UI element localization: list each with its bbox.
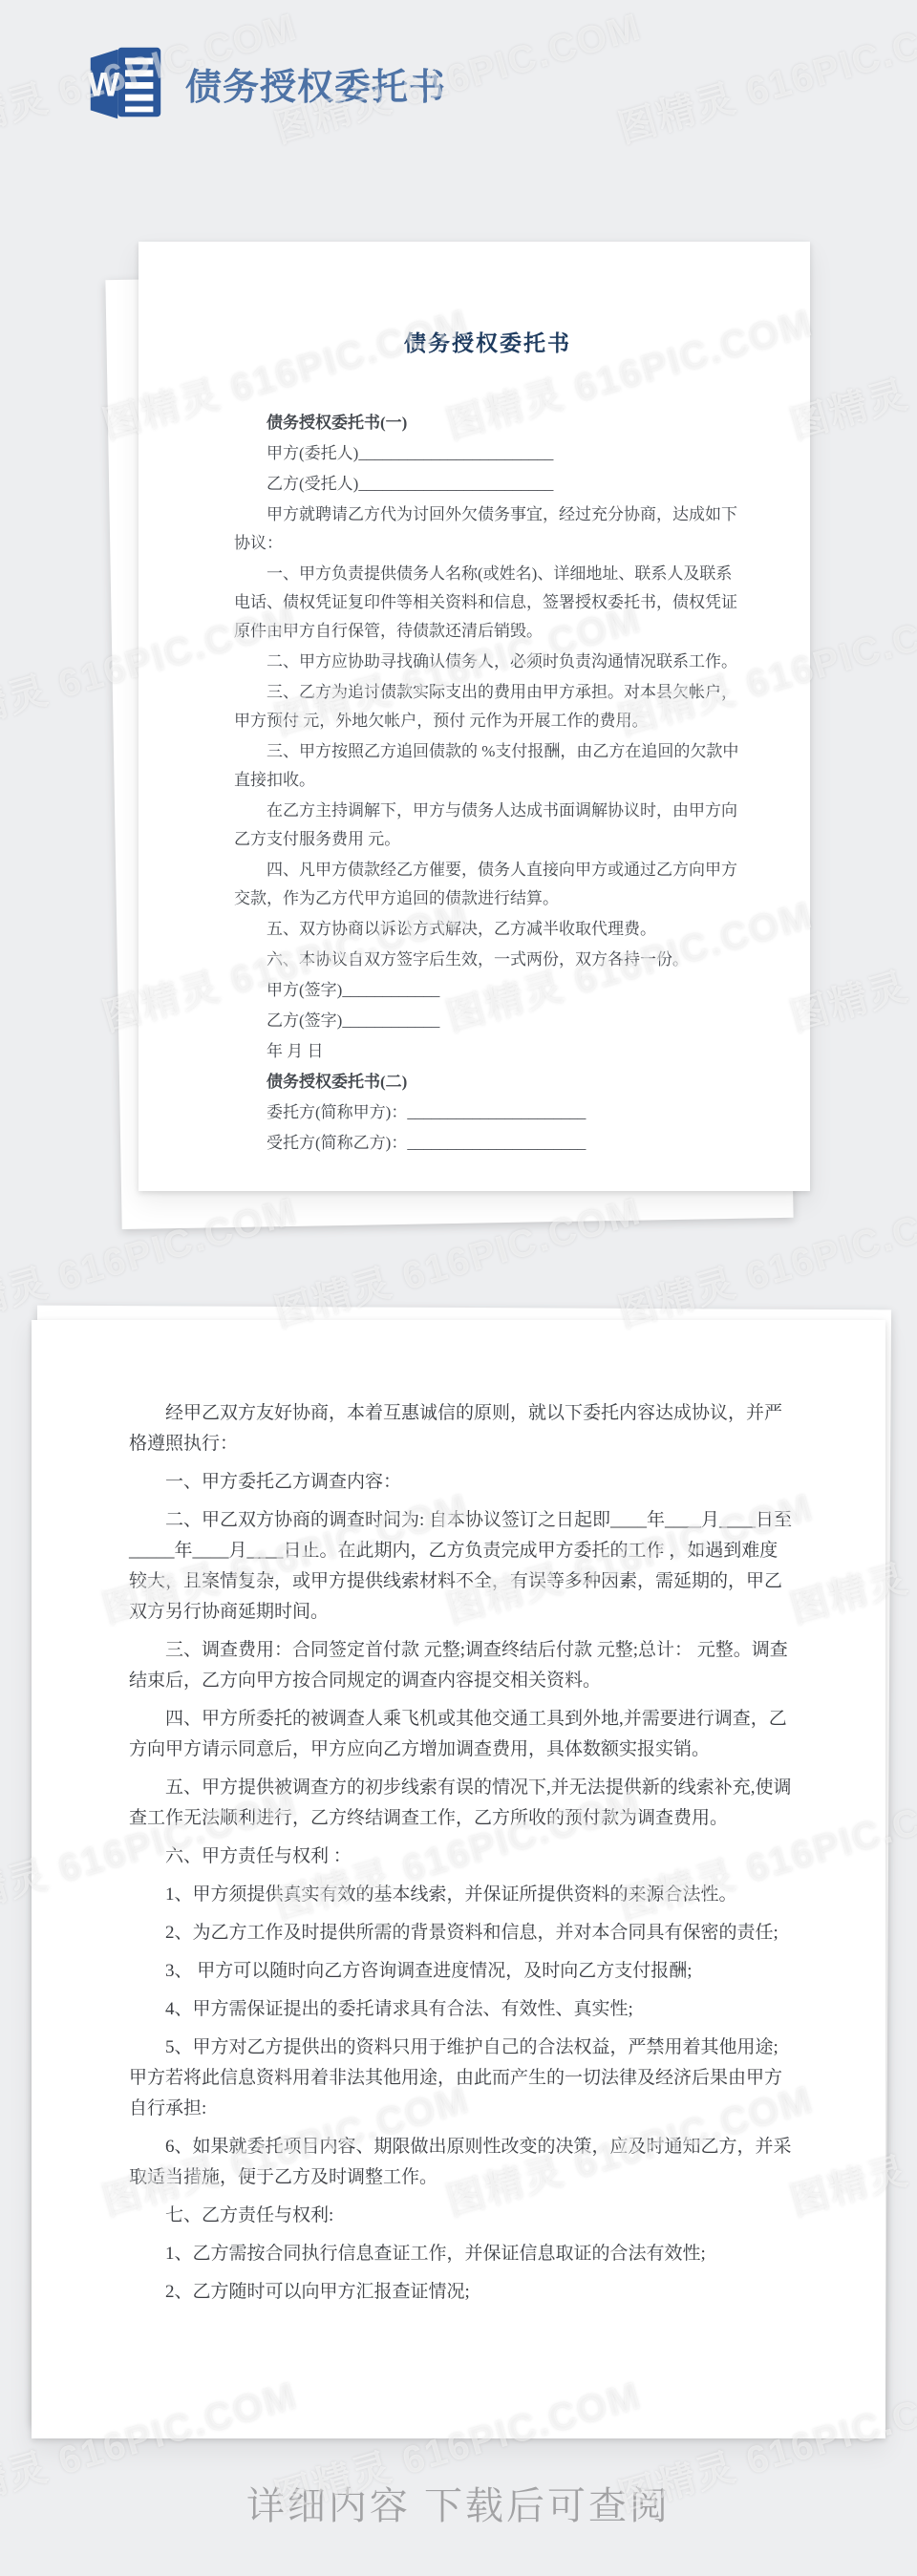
- doc-paragraph: 五、双方协商以诉讼方式解决，乙方减半收取代理费。: [234, 915, 741, 944]
- doc-paragraph: 六、甲方责任与权利 ：: [129, 1842, 794, 1872]
- doc-paragraph: 四、甲方所委托的被调查人乘飞机或其他交通工具到外地,并需要进行调查，乙方向甲方请…: [129, 1704, 794, 1765]
- word-icon: W: [80, 38, 170, 128]
- page2-content: 经甲乙双方友好协商，本着互惠诚信的原则，就以下委托内容达成协议，并严格遵照执行：…: [129, 1398, 794, 2308]
- page1-doc-title: 债务授权委托书: [234, 326, 741, 357]
- doc-paragraph: 受托方(简称乙方)：______________________: [234, 1129, 741, 1158]
- doc-paragraph: 六、本协议自双方签字后生效，一式两份，双方各持一份。: [234, 946, 741, 974]
- doc-paragraph: 3、 甲方可以随时向乙方咨询调查进度情况，及时向乙方支付报酬;: [129, 1956, 794, 1987]
- doc-paragraph: 1、甲方须提供真实有效的基本线索，并保证所提供资料的来源合法性。: [129, 1880, 794, 1910]
- header: W 债务授权委托书: [80, 38, 446, 128]
- doc-paragraph: 一、甲方负责提供债务人名称(或姓名)、详细地址、联系人及联系电话、债权凭证复印件…: [234, 560, 741, 646]
- doc-paragraph: 二、甲方应协助寻找确认债务人，必须时负责沟通情况联系工作。: [234, 648, 741, 676]
- doc-paragraph: 1、乙方需按合同执行信息查证工作，并保证信息取证的合法有效性;: [129, 2239, 794, 2269]
- watermark-text: 图精灵 616PIC.COM: [611, 0, 917, 154]
- doc-paragraph: 债务授权委托书(二): [234, 1068, 741, 1096]
- svg-text:W: W: [88, 67, 120, 104]
- document-page-1-stack: 债务授权委托书 债务授权委托书(一)甲方(委托人)_______________…: [139, 242, 810, 1191]
- footer-note: 详细内容 下载后可查阅: [0, 2476, 917, 2530]
- page1-content: 债务授权委托书(一)甲方(委托人)_______________________…: [234, 409, 741, 1158]
- doc-paragraph: 年 月 日: [234, 1037, 741, 1066]
- doc-paragraph: 在乙方主持调解下，甲方与债务人达成书面调解协议时，由甲方向乙方支付服务费用 元。: [234, 797, 741, 854]
- doc-paragraph: 甲方(委托人)________________________: [234, 439, 741, 468]
- doc-paragraph: 一、甲方委托乙方调查内容：: [129, 1467, 794, 1498]
- page-canvas: W 债务授权委托书 债务授权委托书 债务授权委托书(一)甲方(委托人)_____…: [0, 0, 917, 2576]
- doc-paragraph: 三、调查费用：合同签定首付款 元整;调查终结后付款 元整;总计： 元整。调查结束…: [129, 1635, 794, 1696]
- document-page-1: 债务授权委托书 债务授权委托书(一)甲方(委托人)_______________…: [139, 242, 810, 1191]
- document-page-2-stack: 经甲乙双方友好协商，本着互惠诚信的原则，就以下委托内容达成协议，并严格遵照执行：…: [32, 1320, 885, 2438]
- doc-paragraph: 五、甲方提供被调查方的初步线索有误的情况下,并无法提供新的线索补充,使调查工作无…: [129, 1773, 794, 1834]
- doc-paragraph: 债务授权委托书(一): [234, 409, 741, 437]
- doc-paragraph: 乙方(签字)____________: [234, 1007, 741, 1035]
- document-page-2: 经甲乙双方友好协商，本着互惠诚信的原则，就以下委托内容达成协议，并严格遵照执行：…: [32, 1320, 885, 2438]
- doc-paragraph: 5、甲方对乙方提供出的资料只用于维护自己的合法权益，严禁用着其他用途;甲方若将此…: [129, 2033, 794, 2124]
- doc-paragraph: 三、乙方为追讨债款实际支出的费用由甲方承担。对本县欠帐户，甲方预付 元，外地欠帐…: [234, 678, 741, 735]
- doc-paragraph: 乙方(受托人)________________________: [234, 470, 741, 499]
- doc-paragraph: 甲方(签字)____________: [234, 976, 741, 1005]
- doc-paragraph: 6、如果就委托项目内容、期限做出原则性改变的决策，应及时通知乙方，并采取适当措施…: [129, 2132, 794, 2193]
- doc-paragraph: 二、甲乙双方协商的调查时间为: 自本协议签订之日起即____年____月____…: [129, 1505, 794, 1628]
- doc-paragraph: 甲方就聘请乙方代为讨回外欠债务事宜，经过充分协商，达成如下协议：: [234, 500, 741, 558]
- doc-paragraph: 2、乙方随时可以向甲方汇报查证情况;: [129, 2277, 794, 2308]
- doc-paragraph: 2、为乙方工作及时提供所需的背景资料和信息，并对本合同具有保密的责任;: [129, 1918, 794, 1948]
- doc-paragraph: 四、凡甲方债款经乙方催要，债务人直接向甲方或通过乙方向甲方交款，作为乙方代甲方追…: [234, 856, 741, 913]
- document-title: 债务授权委托书: [185, 57, 446, 110]
- doc-paragraph: 三、甲方按照乙方追回债款的 %支付报酬，由乙方在追回的欠款中直接扣收。: [234, 737, 741, 795]
- doc-paragraph: 委托方(简称甲方)：______________________: [234, 1098, 741, 1127]
- doc-paragraph: 4、甲方需保证提出的委托请求具有合法、有效性、真实性;: [129, 1994, 794, 2025]
- doc-paragraph: 经甲乙双方友好协商，本着互惠诚信的原则，就以下委托内容达成协议，并严格遵照执行：: [129, 1398, 794, 1459]
- doc-paragraph: 七、乙方责任与权利:: [129, 2201, 794, 2231]
